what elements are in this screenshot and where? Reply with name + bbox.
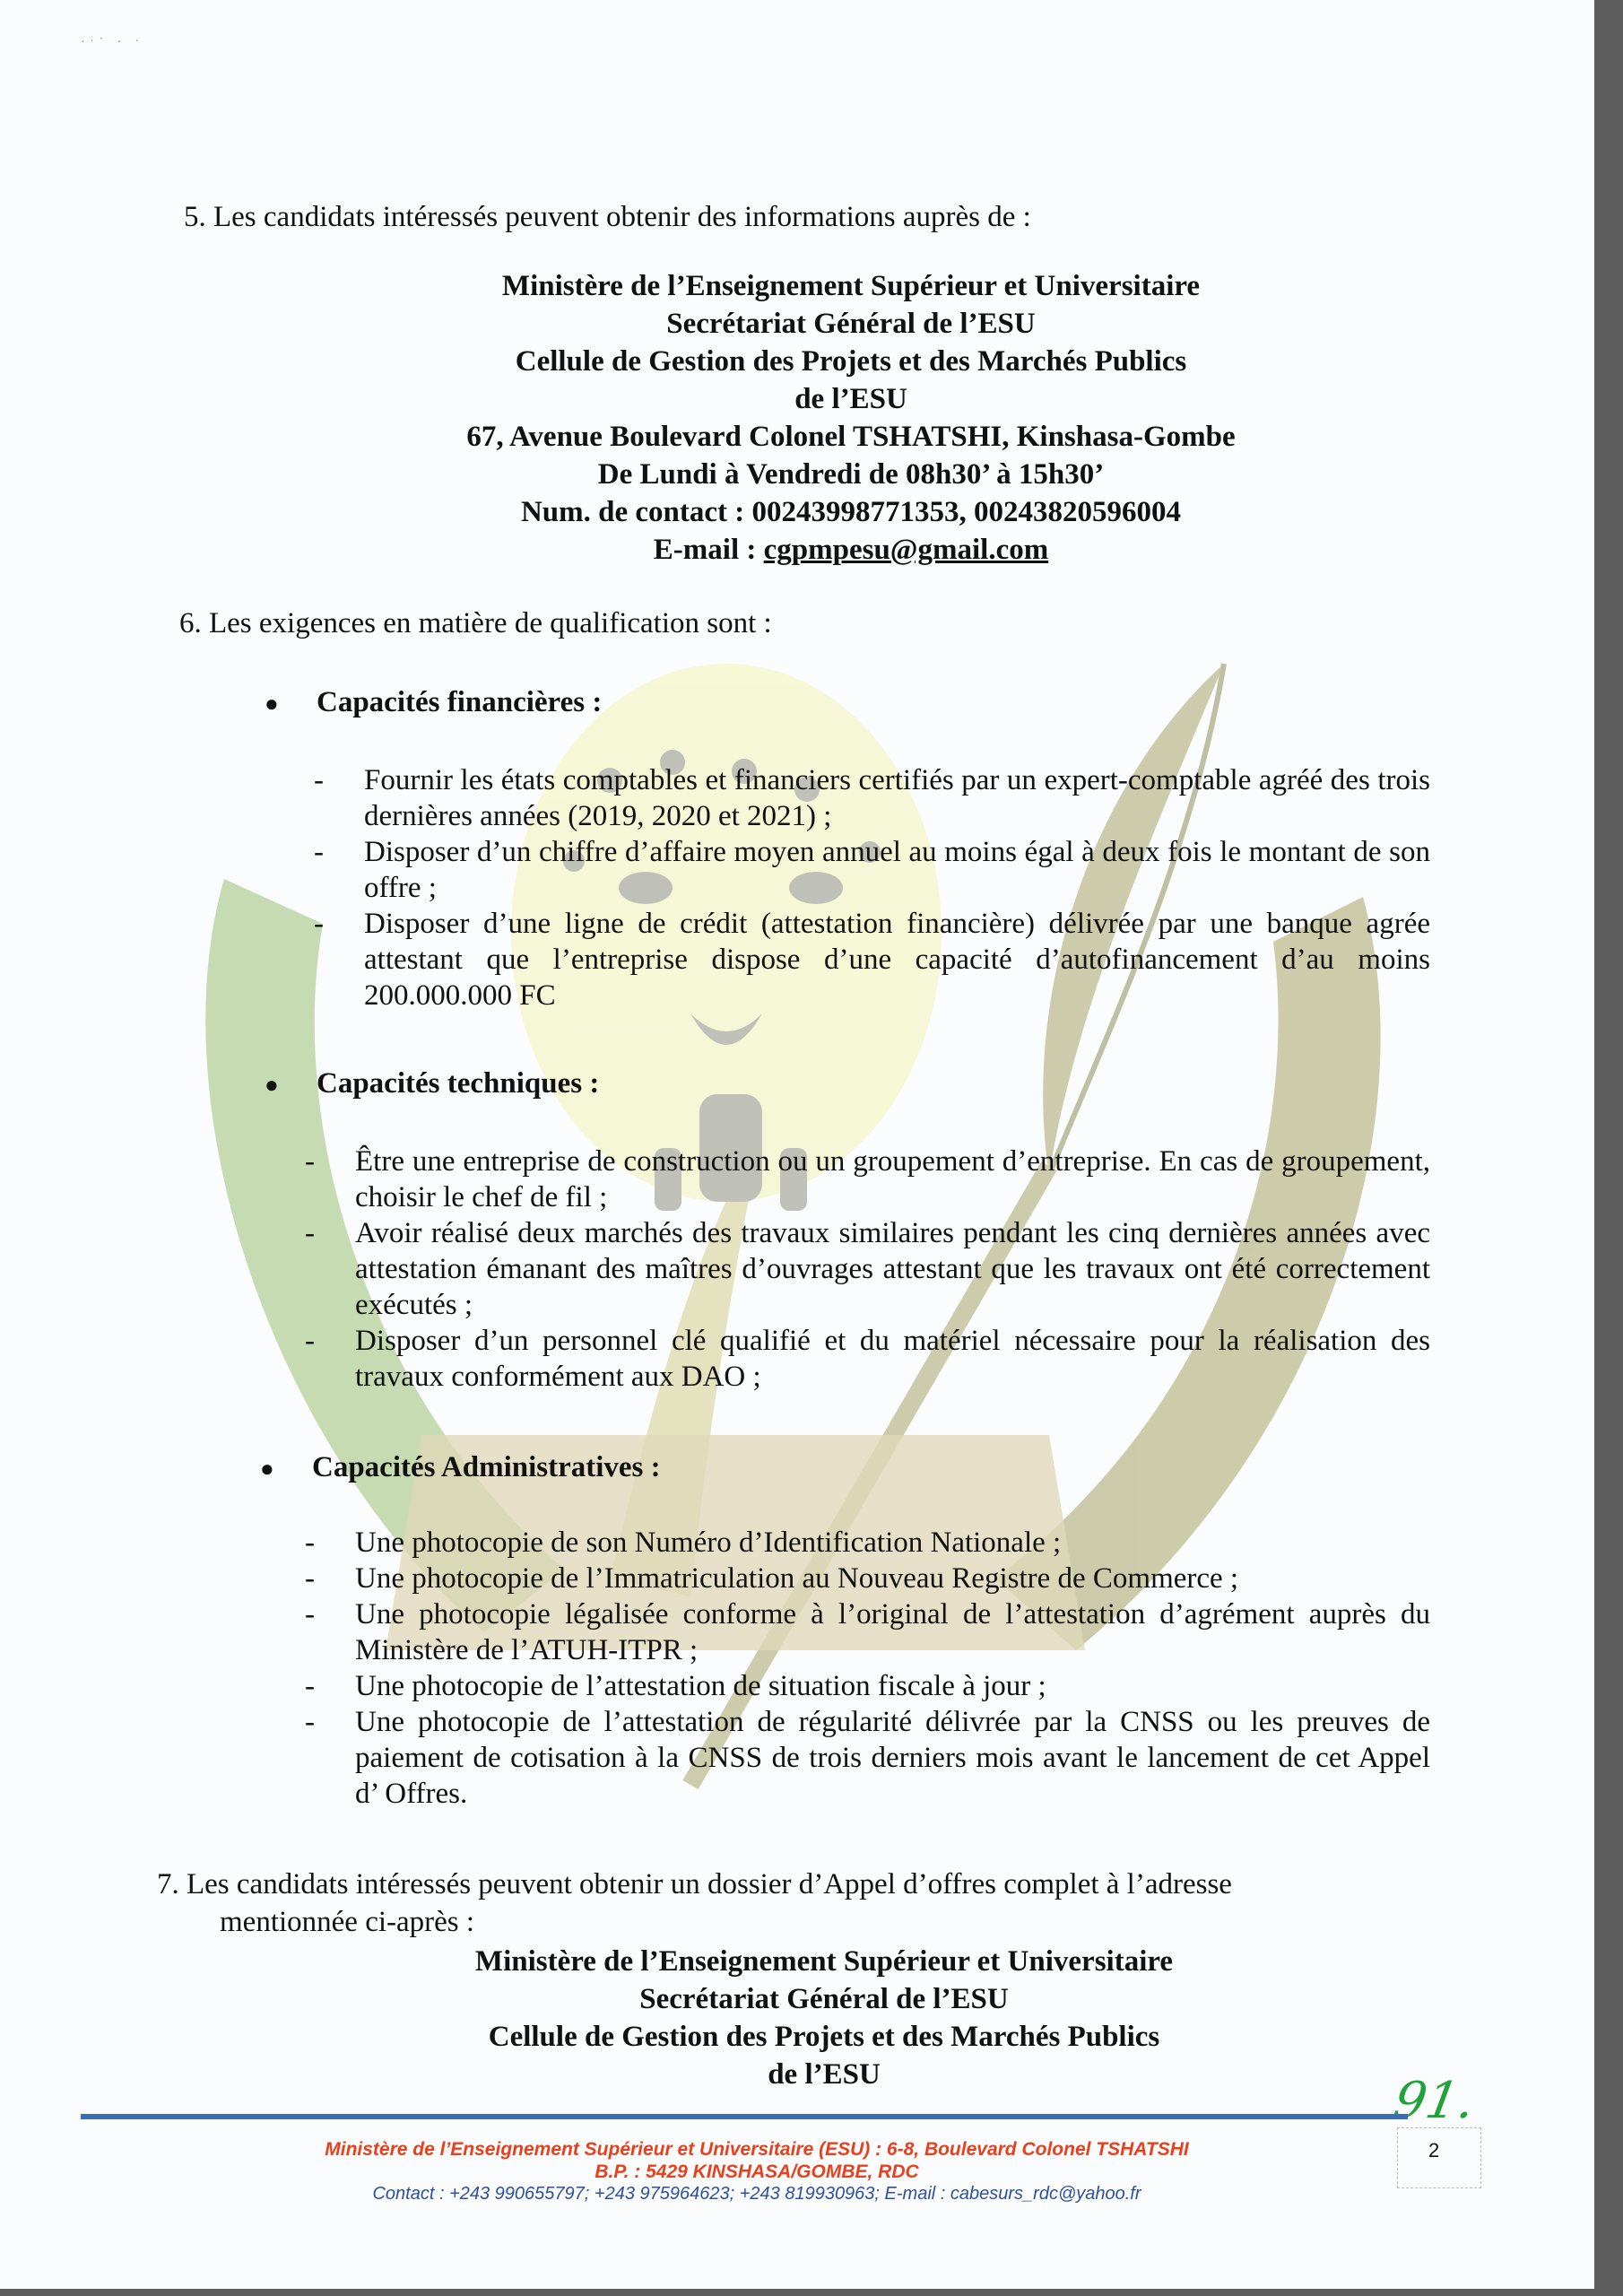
heading-capacites-financieres: ●Capacités financières : [265,683,602,723]
address-line: Ministère de l’Enseignement Supérieur et… [27,1943,1594,1980]
email-label: E-mail : [654,534,764,566]
list-item: -Une photocopie de l’attestation de régu… [305,1704,1430,1812]
address-line: Secrétariat Général de l’ESU [27,1980,1594,2018]
heading-capacites-administratives: ●Capacités Administratives : [260,1448,661,1488]
address-line: de l’ESU [27,2056,1594,2093]
address-line: Cellule de Gestion des Projets et des Ma… [54,343,1594,380]
address-line: De Lundi à Vendredi de 08h30’ à 15h30’ [54,456,1594,493]
list-item: -Fournir les états comptables et financi… [314,762,1430,834]
address-line: Cellule de Gestion des Projets et des Ma… [27,2018,1594,2056]
address-line: 67, Avenue Boulevard Colonel TSHATSHI, K… [54,418,1594,456]
address-line: Num. de contact : 00243998771353, 002438… [54,493,1594,531]
bullet-icon: ● [260,1450,312,1488]
handwritten-initials: 91. [1389,2072,1480,2130]
document-page: ·ˑ˙ · ˑ 5. Les candidats intéressés peuv… [0,0,1594,2289]
list-item: -Avoir réalisé deux marchés des travaux … [305,1215,1430,1323]
list-item: -Une photocopie de l’Immatriculation au … [305,1561,1430,1596]
footer-divider [81,2114,1408,2119]
list-item: -Une photocopie légalisée conforme à l’o… [305,1596,1430,1668]
list-item: -Une photocopie de son Numéro d’Identifi… [305,1525,1430,1561]
list-capacites-administratives: -Une photocopie de son Numéro d’Identifi… [305,1525,1430,1812]
email-line: E-mail : cgpmpesu@gmail.com [54,531,1594,569]
section-5-intro: 5. Les candidats intéressés peuvent obte… [184,198,1031,236]
list-item: -Disposer d’une ligne de crédit (attesta… [314,906,1430,1013]
section-5-address: Ministère de l’Enseignement Supérieur et… [54,267,1594,569]
list-capacites-financieres: -Fournir les états comptables et financi… [314,762,1430,1013]
address-line: de l’ESU [54,380,1594,418]
footer-contact: Contact : +243 990655797; +243 975964623… [0,2183,1554,2205]
footer-po-box: B.P. : 5429 KINSHASA/GOMBE, RDC [0,2161,1554,2183]
address-line: Ministère de l’Enseignement Supérieur et… [54,267,1594,305]
list-item: -Être une entreprise de construction ou … [305,1144,1430,1215]
section-6-intro: 6. Les exigences en matière de qualifica… [179,604,772,642]
footer-address: Ministère de l’Enseignement Supérieur et… [0,2138,1554,2161]
email-link[interactable]: cgpmpesu@gmail.com [764,534,1049,566]
list-capacites-techniques: -Être une entreprise de construction ou … [305,1144,1430,1395]
section-7-intro: 7. Les candidats intéressés peuvent obte… [157,1865,1430,1941]
bullet-icon: ● [265,1066,317,1104]
address-line: Secrétariat Général de l’ESU [54,305,1594,343]
list-item: -Disposer d’un chiffre d’affaire moyen a… [314,834,1430,906]
section-7-address: Ministère de l’Enseignement Supérieur et… [27,1943,1594,2093]
list-item: -Disposer d’un personnel clé qualifié et… [305,1323,1430,1395]
letterhead-footer: Ministère de l’Enseignement Supérieur et… [0,2138,1554,2205]
bullet-icon: ● [265,685,317,723]
list-item: -Une photocopie de l’attestation de situ… [305,1668,1430,1704]
heading-capacites-techniques: ●Capacités techniques : [265,1065,599,1104]
scan-specks: ·ˑ˙ · ˑ [81,36,144,50]
